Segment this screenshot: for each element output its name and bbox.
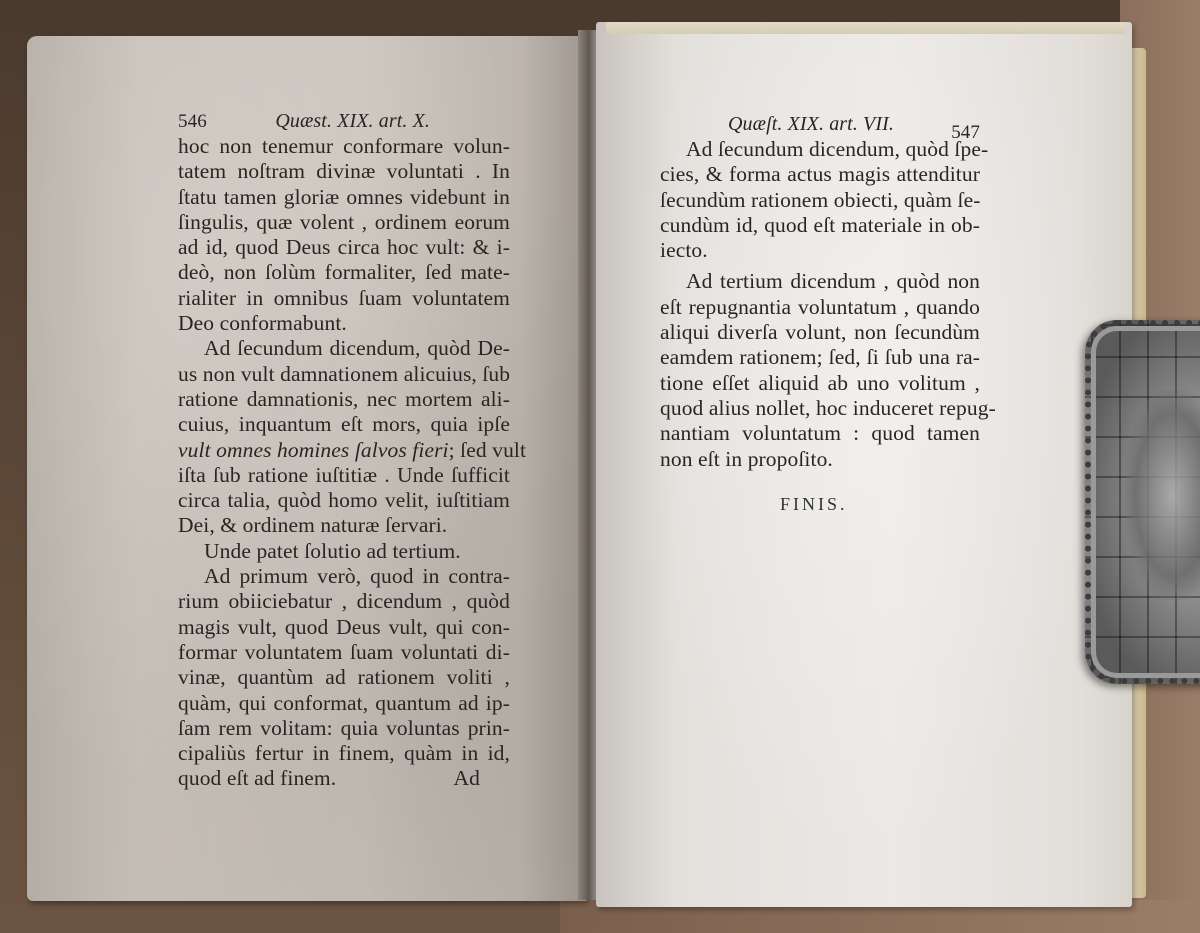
page-number: 547 — [951, 120, 980, 145]
text-line: ſam rem volitam: quia voluntas prin- — [178, 716, 510, 741]
text-line: iecto. — [660, 238, 980, 263]
text-line: tione eſſet aliquid ab uno volitum , — [660, 371, 980, 396]
text-line: deò, non ſolùm formaliter, ſed mate- — [178, 260, 510, 285]
clasp-emblem-icon — [1125, 390, 1200, 600]
text-line: ratione damnationis, nec mortem ali- — [178, 387, 510, 412]
text-line: us non vult damnationem alicuius, ſub — [178, 362, 510, 387]
text-line: aliqui diverſa volunt, non ſecundùm — [660, 320, 980, 345]
text-line: Ad primum verò, quod in contra- — [178, 564, 510, 589]
text-line: quàm, qui conformat, quantum ad ip- — [178, 691, 510, 716]
last-line: quod eſt ad finem. Ad — [178, 766, 510, 791]
text-line: Deo conformabunt. — [178, 311, 510, 336]
text-line: ſtatu tamen gloriæ omnes videbunt in — [178, 185, 510, 210]
text-line: magis vult, quod Deus vult, qui con- — [178, 615, 510, 640]
running-head: Quæst. XIX. art. X. — [275, 109, 430, 134]
text-line: ſingulis, quæ volent , ordinem eorum — [178, 210, 510, 235]
text-line: cuius, inquantum eſt mors, quia ipſe — [178, 412, 510, 437]
page-number: 546 — [178, 109, 207, 134]
text-line: tatem noſtram divinæ voluntati . In — [178, 159, 510, 184]
right-page-top-edge — [606, 22, 1126, 34]
text-line: cies, & forma actus magis attenditur — [660, 162, 980, 187]
text-line: rium obiiciebatur , dicendum , quòd — [178, 589, 510, 614]
text-line: eſt repugnantia voluntatum , quando — [660, 295, 980, 320]
text-line: vinæ, quantùm ad rationem voliti , — [178, 665, 510, 690]
catchword: Ad — [454, 766, 480, 791]
text-line: Dei, & ordinem naturæ ſervari. — [178, 513, 510, 538]
text-line: circa talia, quòd homo velit, iuſtitiam — [178, 488, 510, 513]
text-line: Ad tertium dicendum , quòd non — [660, 269, 980, 294]
text-line: nantiam voluntatum : quod tamen — [660, 421, 980, 446]
finis-label: FINIS. — [780, 494, 848, 515]
text-line-with-italic: vult omnes homines ſalvos fieri; ſed vul… — [178, 438, 510, 463]
text-line: ad id, quod Deus circa hoc vult: & i- — [178, 235, 510, 260]
text-line: quod eſt ad finem. — [178, 766, 336, 791]
text-line: formar voluntatem ſuam voluntati di- — [178, 640, 510, 665]
text-line: Ad ſecundum dicendum, quòd ſpe- — [660, 137, 980, 162]
left-page-text: 546 Quæst. XIX. art. X. hoc non tenemur … — [178, 109, 510, 792]
text-line: Unde patet ſolutio ad tertium. — [178, 539, 510, 564]
text-line: eamdem rationem; ſed, ſi ſub una ra- — [660, 345, 980, 370]
right-page-text: Quæſt. XIX. art. VII. 547 Ad ſecundum di… — [660, 112, 980, 472]
text-line: non eſt in propoſito. — [660, 447, 980, 472]
text-line: cundùm id, quod eſt materiale in ob- — [660, 213, 980, 238]
text-line: quod alius nollet, hoc induceret repug- — [660, 396, 980, 421]
text-line: iſta ſub ratione iuſtitiæ . Unde ſuffici… — [178, 463, 510, 488]
italic-quote: vult omnes homines ſalvos fieri — [178, 438, 449, 462]
right-page-header: Quæſt. XIX. art. VII. 547 — [660, 112, 980, 137]
text-line: ſecundùm rationem obiecti, quàm ſe- — [660, 188, 980, 213]
text-fragment: ; ſed vult — [449, 438, 526, 462]
text-line: hoc non tenemur conformare volun- — [178, 134, 510, 159]
left-page-header: 546 Quæst. XIX. art. X. — [178, 109, 510, 134]
text-line: Ad ſecundum dicendum, quòd De- — [178, 336, 510, 361]
text-line: cipaliùs fertur in finem, quàm in id, — [178, 741, 510, 766]
text-line: rialiter in omnibus ſuam voluntatem — [178, 286, 510, 311]
running-head: Quæſt. XIX. art. VII. — [728, 112, 894, 137]
